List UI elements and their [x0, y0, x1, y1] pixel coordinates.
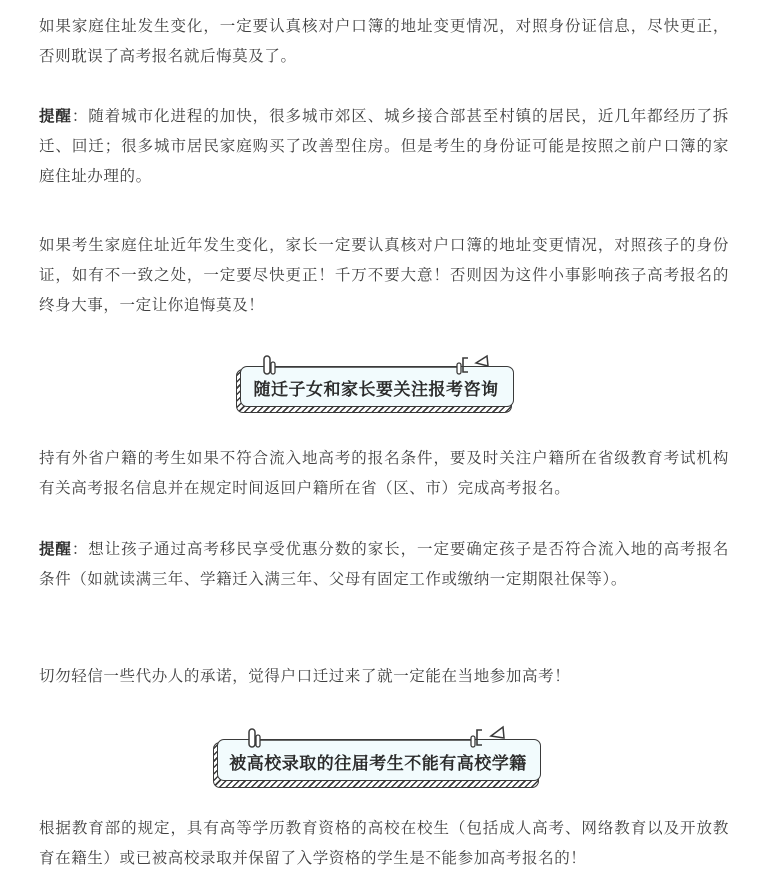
banner-title: 被高校录取的往届考生不能有高校学籍: [217, 749, 539, 774]
triangle-flag-icon: [476, 356, 488, 366]
paragraph-parent-check: 如果考生家庭住址近年发生变化，家长一定要认真核对户口簿的地址变更情况，对照孩子的…: [39, 230, 729, 320]
triangle-flag-icon: [491, 727, 504, 738]
paragraph-reminder-migration: 提醒：想让孩子通过高考移民享受优惠分数的家长，一定要确定孩子是否符合流入地的高考…: [39, 534, 729, 594]
reminder-label: 提醒: [39, 107, 72, 125]
section-banner-migrant-children: 随迁子女和家长要关注报考咨询: [236, 352, 520, 414]
paragraph-address-change: 如果家庭住址发生变化，一定要认真核对户口簿的地址变更情况，对照身份证信息，尽快更…: [39, 11, 729, 71]
reminder-label: 提醒: [39, 540, 72, 558]
reminder-text: ：想让孩子通过高考移民享受优惠分数的家长，一定要确定孩子是否符合流入地的高考报名…: [39, 540, 729, 588]
section-banner-enrolled-students: 被高校录取的往届考生不能有高校学籍: [213, 722, 547, 788]
paragraph-out-of-province: 持有外省户籍的考生如果不符合流入地高考的报名条件，要及时关注户籍所在省级教育考试…: [39, 443, 729, 503]
paragraph-reminder-urbanization: 提醒：随着城市化进程的加快，很多城市郊区、城乡接合部甚至村镇的居民，近几年都经历…: [39, 101, 729, 191]
banner-title: 随迁子女和家长要关注报考咨询: [240, 375, 512, 400]
paragraph-moe-regulation: 根据教育部的规定，具有高等学历教育资格的高校在校生（包括成人高考、网络教育以及开…: [39, 813, 729, 873]
paragraph-warning-agents: 切勿轻信一些代办人的承诺，觉得户口迁过来了就一定能在当地参加高考！: [39, 661, 729, 691]
reminder-text: ：随着城市化进程的加快，很多城市郊区、城乡接合部甚至村镇的居民，近几年都经历了拆…: [39, 107, 729, 185]
